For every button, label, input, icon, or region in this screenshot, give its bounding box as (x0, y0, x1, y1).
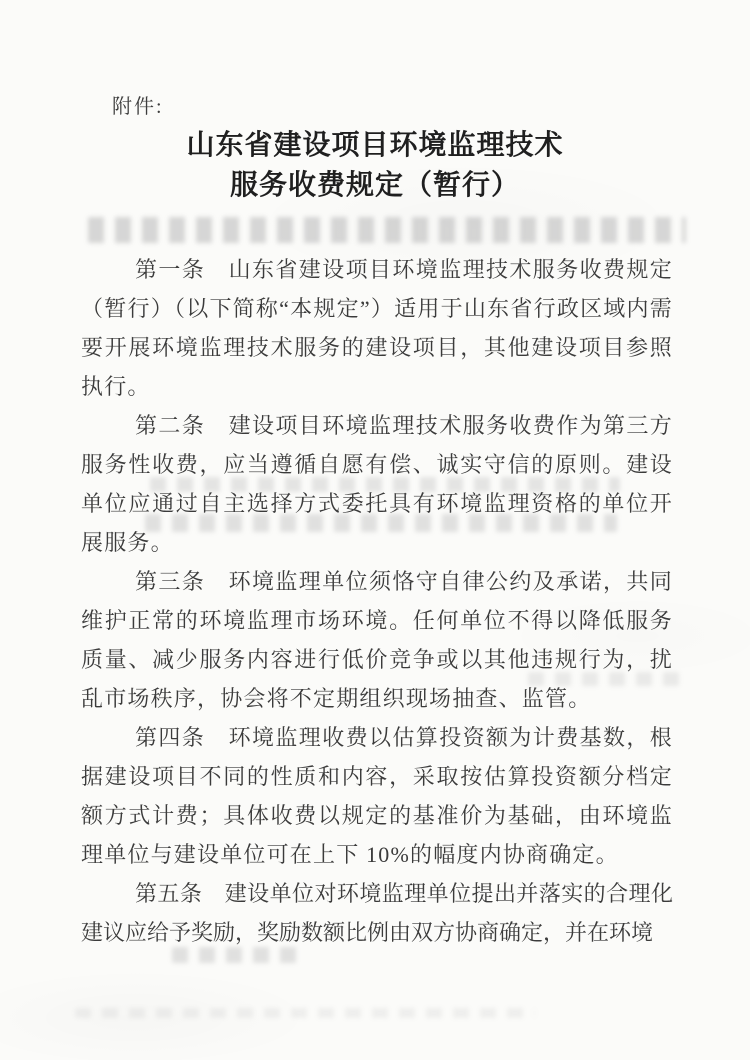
document-body: 第一条 山东省建设项目环境监理技术服务收费规定（暂行）（以下简称“本规定”）适用… (81, 250, 673, 952)
bleed-through-mark (75, 1008, 535, 1018)
document-title-line2: 服务收费规定（暂行） (0, 166, 750, 206)
attachment-label: 附件: (112, 90, 164, 119)
clause-5-paragraph: 第五条 建设单位对环境监理单位提出并落实的合理化建议应给予奖励，奖励数额比例由双… (81, 874, 673, 952)
clause-3-paragraph: 第三条 环境监理单位须恪守自律公约及承诺，共同维护正常的环境监理市场环境。任何单… (81, 562, 673, 718)
clause-2-paragraph: 第二条 建设项目环境监理技术服务收费作为第三方服务性收费，应当遵循自愿有偿、诚实… (81, 406, 673, 562)
document-title: 山东省建设项目环境监理技术 服务收费规定（暂行） (0, 126, 750, 206)
scanned-document-page: 附件: 山东省建设项目环境监理技术 服务收费规定（暂行） 第一条 山东省建设项目… (0, 0, 750, 1060)
bleed-through-mark (88, 217, 686, 243)
clause-1-paragraph: 第一条 山东省建设项目环境监理技术服务收费规定（暂行）（以下简称“本规定”）适用… (81, 250, 673, 406)
clause-4-paragraph: 第四条 环境监理收费以估算投资额为计费基数，根据建设项目不同的性质和内容，采取按… (81, 718, 673, 874)
document-title-line1: 山东省建设项目环境监理技术 (0, 126, 750, 166)
